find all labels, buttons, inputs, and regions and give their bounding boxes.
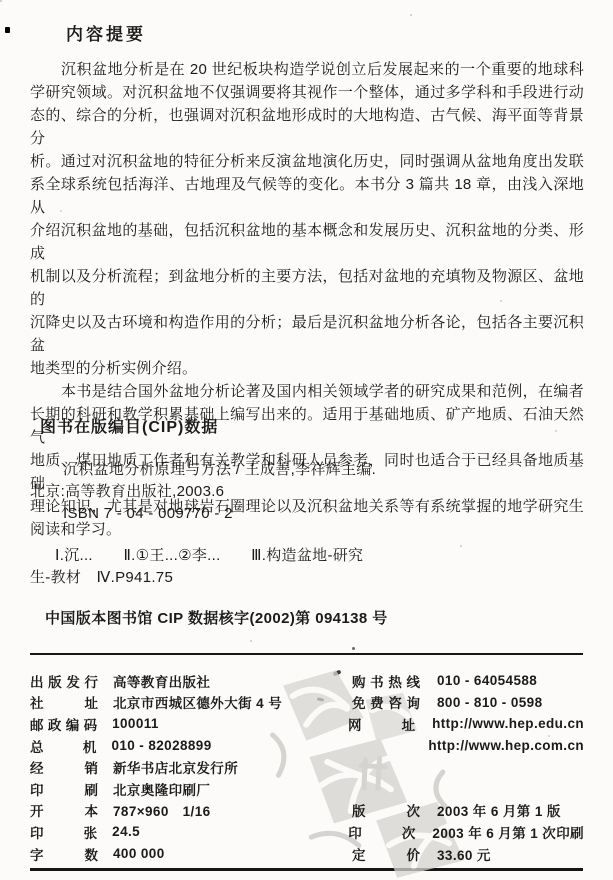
row-value: 新华书店北京发行所: [113, 757, 352, 777]
row-value: 北京市西城区德外大街 4 号: [113, 692, 352, 712]
row-value: 北京奥隆印刷厂: [113, 779, 352, 799]
row-value: 24.5: [112, 824, 348, 839]
row-label: 印张: [30, 822, 97, 842]
cip-classification: Ⅰ.沉... Ⅱ.①王...②李... Ⅲ.构造盆地-研究 生-教材 Ⅳ.P94…: [30, 545, 584, 589]
cip-record-number: 中国版本图书馆 CIP 数据核字(2002)第 094138 号: [45, 607, 388, 628]
table-row: 印张24.5印次2003 年 6 月第 1 次印刷: [30, 821, 584, 843]
website-link: http://www.hep.com.cn: [428, 738, 584, 753]
row-value: 010 - 64054588: [437, 673, 584, 688]
classification-line: Ⅰ.沉... Ⅱ.①王...②李... Ⅲ.构造盆地-研究: [30, 545, 584, 567]
table-row: 出版发行高等教育出版社购书热线010 - 64054588: [30, 670, 584, 692]
row-label: 社址: [30, 692, 98, 712]
summary-text-line: 机制以及分析流程；到盆地分析的主要方法，包括对盆地的充填物及物源区、盆地的: [30, 265, 584, 311]
summary-text-line: 地类型的分析实例介绍。: [30, 357, 584, 380]
row-label: 印次: [348, 822, 415, 842]
row-label: 出版发行: [30, 671, 98, 691]
summary-heading: 内容提要: [66, 20, 146, 45]
summary-text-line: 态的、综合的分析，也强调对沉积盆地形成时的大地构造、古气候、海平面等背景分: [30, 104, 584, 150]
row-label: 开本: [30, 800, 98, 820]
scan-noise: [0, 0, 2, 2]
row-label: 购书热线: [352, 671, 420, 691]
summary-text-line: 系全球系统包括海洋、古地理及气候等的变化。本书分 3 篇共 18 章，由浅入深地…: [30, 173, 584, 219]
row-value: 010 - 82028899: [111, 738, 344, 753]
table-row: 总机010 - 82028899http://www.hep.com.cn: [30, 735, 584, 757]
summary-text-line: 本书是结合国外盆地分析论著及国内相关领域学者的研究成果和范例，在编者: [30, 380, 584, 403]
row-label: 总机: [30, 736, 96, 756]
cip-publisher-line: 北京:高等教育出版社,2003.6: [30, 481, 584, 503]
summary-text-line: 沉积盆地分析是在 20 世纪板块构造学说创立后发展起来的一个重要的地球科: [30, 58, 584, 81]
row-value: 400 000: [113, 846, 352, 861]
table-row: 开本787×960 1/16版次2003 年 6 月第 1 版: [30, 800, 584, 822]
row-value: 33.60 元: [437, 844, 584, 864]
row-label: 版次: [352, 800, 420, 820]
website-link: http://www.hep.edu.cn: [432, 716, 584, 731]
summary-text-line: 介绍沉积盆地的基础，包括沉积盆地的基本概念和发展历史、沉积盆地的分类、形成: [30, 219, 584, 265]
row-value: 800 - 810 - 0598: [437, 695, 584, 710]
summary-text-line: 学研究领域。对沉积盆地不仅强调要将其视作一个整体，通过多学科和手段进行动: [30, 81, 584, 104]
row-value: 787×960 1/16: [113, 800, 352, 820]
publication-info-table: 出版发行高等教育出版社购书热线010 - 64054588 社址北京市西城区德外…: [30, 670, 584, 864]
row-label: 字数: [30, 844, 98, 864]
table-row: 印刷北京奥隆印刷厂: [30, 778, 584, 800]
row-label: 免费咨询: [352, 692, 420, 712]
row-label: 定价: [352, 844, 420, 864]
row-label: 经销: [30, 757, 98, 777]
row-value: 100011: [112, 716, 348, 731]
row-value: 高等教育出版社: [113, 671, 352, 691]
book-copyright-page: 内容提要 沉积盆地分析是在 20 世纪板块构造学说创立后发展起来的一个重要的地球…: [0, 0, 613, 880]
cip-title-line: 沉积盆地分析原理与方法 / 王成善,李祥辉主编.: [30, 459, 584, 481]
table-row: 经销新华书店北京发行所: [30, 756, 584, 778]
classification-line: 生-教材 Ⅳ.P941.75: [30, 567, 584, 589]
cip-entry: 沉积盆地分析原理与方法 / 王成善,李祥辉主编. 北京:高等教育出版社,2003…: [30, 459, 584, 525]
row-value: 2003 年 6 月第 1 次印刷: [432, 822, 584, 842]
table-row: 社址北京市西城区德外大街 4 号免费咨询800 - 810 - 0598: [30, 692, 584, 714]
cip-heading: 图书在版编目(CIP)数据: [40, 414, 218, 437]
table-row: 字数400 000定价33.60 元: [30, 843, 584, 865]
row-value: 2003 年 6 月第 1 版: [437, 800, 584, 820]
summary-text-line: 析。通过对沉积盆地的特征分析来反演盆地演化历史，同时强调从盆地角度出发联: [30, 150, 584, 173]
summary-text-line: 沉降史以及古环境和构造作用的分析；最后是沉积盆地分析各论，包括各主要沉积盆: [30, 311, 584, 357]
row-label: 网址: [348, 714, 415, 734]
cip-isbn-line: ISBN 7 - 04 - 009770 - 2: [30, 503, 584, 525]
table-row: 邮政编码100011网址http://www.hep.edu.cn: [30, 713, 584, 735]
row-label: 邮政编码: [30, 714, 97, 734]
row-label: 印刷: [30, 779, 98, 799]
printer-mark-dot: [5, 27, 10, 33]
